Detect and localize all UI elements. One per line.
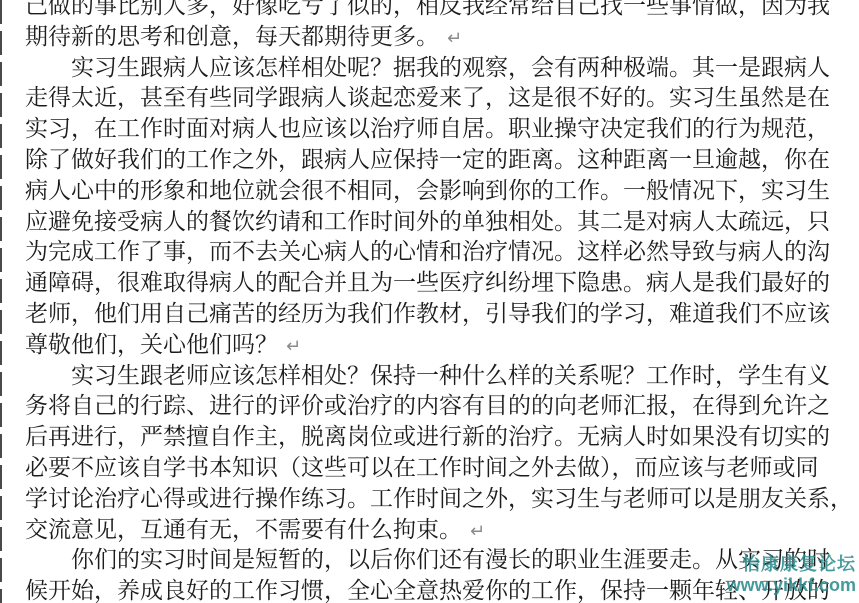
text-line-content: 己做的事比别人多，好像吃亏了似的，相反我经常给自己找一些事情做，因为我 [25,0,830,18]
text-line-content: 候开始，养成良好的工作习惯，全心全意热爱你的工作，保持一颗年轻、开放的 [25,578,830,603]
text-line: 学讨论治疗心得或进行操作练习。工作时间之外，实习生与老师可以是朋友关系， [25,484,859,515]
text-line: 后再进行，严禁擅自作主，脱离岗位或进行新的治疗。无病人时如果没有切实的 [25,422,859,453]
text-line-content: 通障碍，很难取得病人的配合并且为一些医疗纠纷埋下隐患。病人是我们最好的 [25,270,830,295]
text-line-content: 交流意见，互通有无，不需要有什么拘束。 [25,517,462,542]
document-text: 己做的事比别人多，好像吃亏了似的，相反我经常给自己找一些事情做，因为我 期待新的… [25,0,859,603]
document-page: 己做的事比别人多，好像吃亏了似的，相反我经常给自己找一些事情做，因为我 期待新的… [0,0,859,603]
text-line-content: 为完成工作了事，而不去关心病人的心情和治疗情况。这样必然导致与病人的沟 [25,239,830,264]
text-line-content: 实习生跟老师应该怎样相处？保持一种什么样的关系呢？工作时，学生有义 [71,363,830,388]
text-line-content: 实习，在工作时面对病人也应该以治疗师自居。职业操守决定我们的行为规范， [25,116,830,141]
text-line: 候开始，养成良好的工作习惯，全心全意热爱你的工作，保持一颗年轻、开放的 [25,576,859,603]
text-line-content: 老师，他们用自己痛苦的经历为我们作教材，引导我们的学习，难道我们不应该 [25,301,830,326]
page-edge-artifact [0,0,2,603]
text-line: 老师，他们用自己痛苦的经历为我们作教材，引导我们的学习，难道我们不应该 [25,299,859,330]
text-line-content: 尊敬他们，关心他们吗？ [25,332,278,357]
text-line-content: 期待新的思考和创意，每天都期待更多。 [25,24,439,49]
text-line: 走得太近，甚至有些同学跟病人谈起恋爱来了，这是很不好的。实习生虽然是在 [25,83,859,114]
text-line-content: 学讨论治疗心得或进行操作练习。工作时间之外，实习生与老师可以是朋友关系， [25,486,853,511]
text-line-content: 必要不应该自学书本知识（这些可以在工作时间之外去做），而应该与老师或同 [25,455,819,480]
text-line: 实习生跟老师应该怎样相处？保持一种什么样的关系呢？工作时，学生有义 [25,361,859,392]
text-line-content: 务将自己的行踪、进行的评价或治疗的内容有目的的向老师汇报，在得到允许之 [25,393,830,418]
text-line: 为完成工作了事，而不去关心病人的心情和治疗情况。这样必然导致与病人的沟 [25,237,859,268]
text-line: 病人心中的形象和地位就会很不相同，会影响到你的工作。一般情况下，实习生 [25,176,859,207]
text-line: 务将自己的行踪、进行的评价或治疗的内容有目的的向老师汇报，在得到允许之 [25,391,859,422]
text-line-content: 你们的实习时间是短暂的，以后你们还有漫长的职业生涯要走。从实习的时 [71,547,830,572]
text-line: 除了做好我们的工作之外，跟病人应保持一定的距离。这种距离一旦逾越，你在 [25,145,859,176]
text-line: 尊敬他们，关心他们吗？↵ [25,330,859,361]
text-line: 通障碍，很难取得病人的配合并且为一些医疗纠纷埋下隐患。病人是我们最好的 [25,268,859,299]
text-line: 己做的事比别人多，好像吃亏了似的，相反我经常给自己找一些事情做，因为我 [25,0,859,22]
text-line: 应避免接受病人的餐饮约请和工作时间外的单独相处。其二是对病人太疏远，只 [25,207,859,238]
paragraph-mark-icon: ↵ [470,521,485,542]
paragraph-mark-icon: ↵ [447,28,462,49]
text-line: 实习生跟病人应该怎样相处呢？据我的观察，会有两种极端。其一是跟病人 [25,53,859,84]
text-line: 期待新的思考和创意，每天都期待更多。↵ [25,22,859,53]
text-line-content: 应避免接受病人的餐饮约请和工作时间外的单独相处。其二是对病人太疏远，只 [25,209,830,234]
text-line-content: 实习生跟病人应该怎样相处呢？据我的观察，会有两种极端。其一是跟病人 [71,55,830,80]
text-line: 必要不应该自学书本知识（这些可以在工作时间之外去做），而应该与老师或同 [25,453,859,484]
paragraph-mark-icon: ↵ [286,336,301,357]
text-line: 你们的实习时间是短暂的，以后你们还有漫长的职业生涯要走。从实习的时 [25,545,859,576]
text-line: 实习，在工作时面对病人也应该以治疗师自居。职业操守决定我们的行为规范， [25,114,859,145]
text-line-content: 后再进行，严禁擅自作主，脱离岗位或进行新的治疗。无病人时如果没有切实的 [25,424,830,449]
text-line-content: 病人心中的形象和地位就会很不相同，会影响到你的工作。一般情况下，实习生 [25,178,830,203]
text-line-content: 走得太近，甚至有些同学跟病人谈起恋爱来了，这是很不好的。实习生虽然是在 [25,85,830,110]
text-line: 交流意见，互通有无，不需要有什么拘束。↵ [25,515,859,546]
text-line-content: 除了做好我们的工作之外，跟病人应保持一定的距离。这种距离一旦逾越，你在 [25,147,830,172]
